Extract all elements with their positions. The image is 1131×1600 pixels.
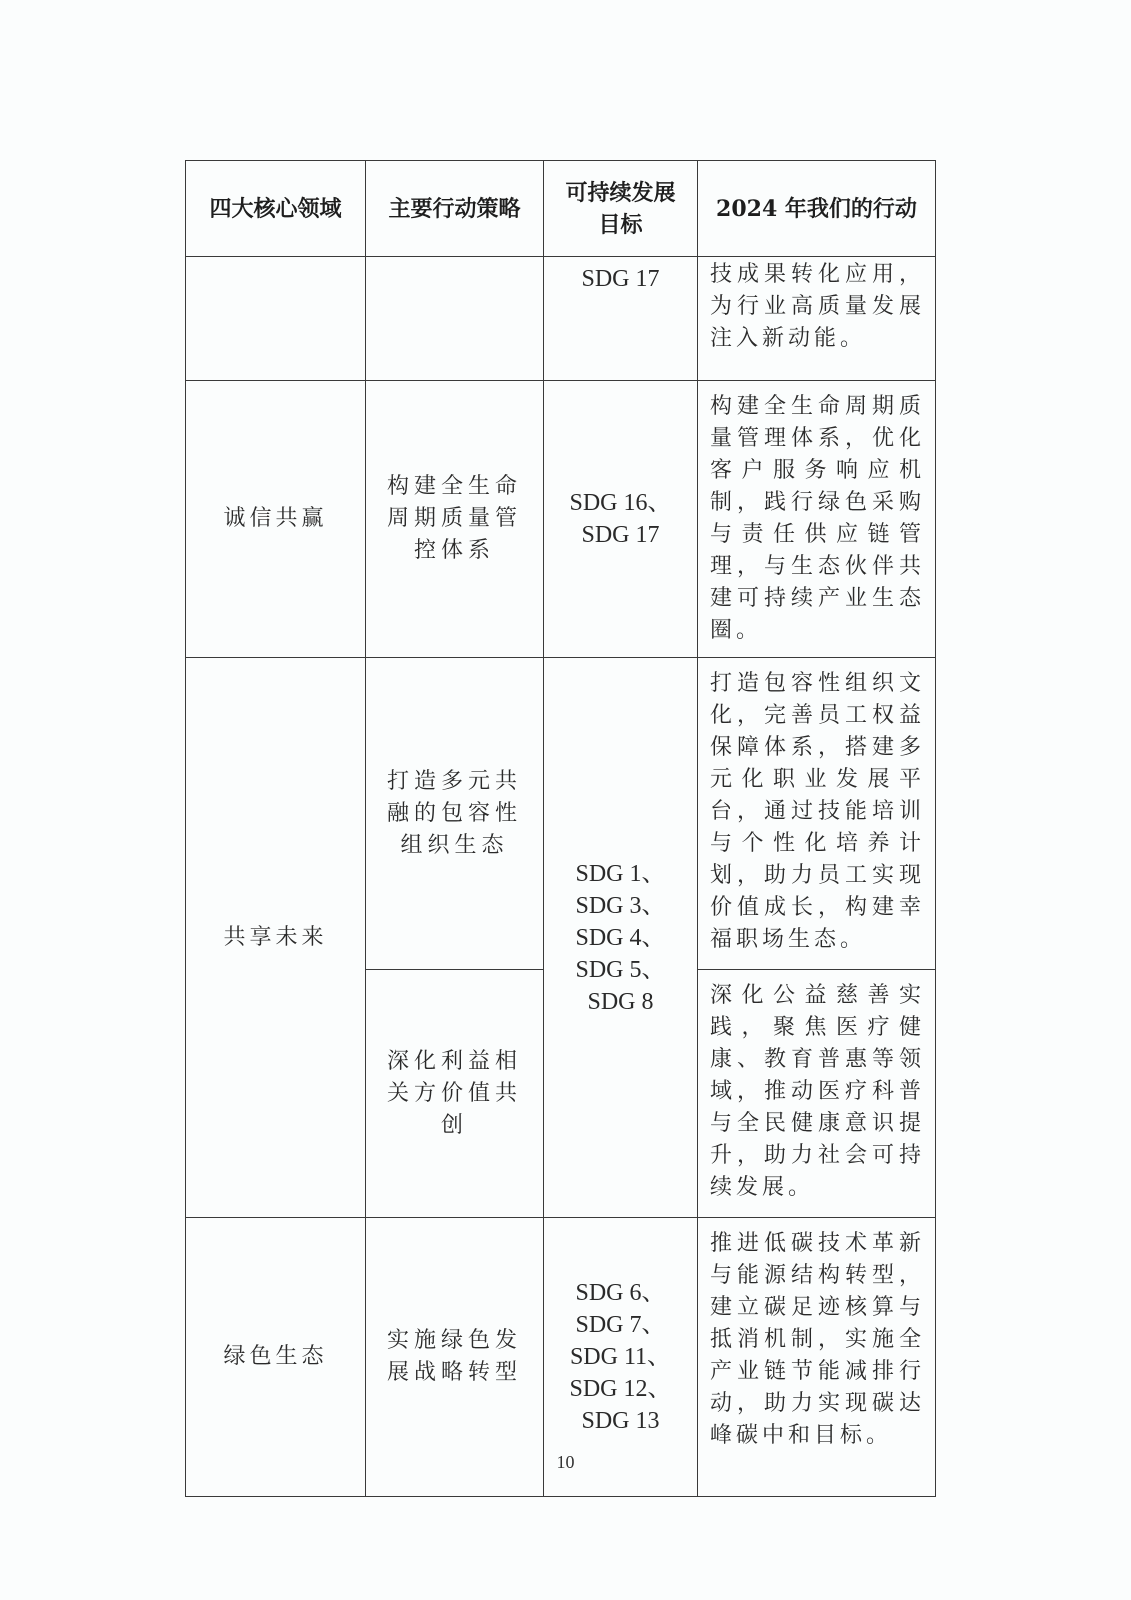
- sdg-line: SDG 13: [544, 1405, 697, 1437]
- action-cell: 深化公益慈善实践，聚焦医疗健康、教育普惠等领域，推动医疗科普与全民健康意识提升，…: [698, 970, 936, 1218]
- action-cell: 打造包容性组织文化，完善员工权益保障体系，搭建多元化职业发展平台，通过技能培训与…: [698, 658, 936, 970]
- header-2024-actions: 2024 年我们的行动: [698, 161, 936, 257]
- strategy-cell: 打造多元共融的包容性组织生态: [366, 658, 544, 970]
- strategy-cell: [366, 257, 544, 381]
- header-main-strategy: 主要行动策略: [366, 161, 544, 257]
- domain-cell: 诚信共赢: [186, 381, 366, 658]
- sdg-cell: SDG 17: [544, 257, 698, 381]
- action-cell: 构建全生命周期质量管理体系，优化客户服务响应机制，践行绿色采购与责任供应链管理，…: [698, 381, 936, 658]
- sdg-line: SDG 8: [544, 986, 697, 1018]
- table-row: 诚信共赢 构建全生命周期质量管控体系 SDG 16、 SDG 17 构建全生命周…: [186, 381, 936, 658]
- header-sdg: 可持续发展 目标: [544, 161, 698, 257]
- header-sdg-line-2: 目标: [544, 209, 697, 241]
- sdg-cell: SDG 16、 SDG 17: [544, 381, 698, 658]
- sdg-action-table: 四大核心领域 主要行动策略 可持续发展 目标 2024 年我们的行动 SDG 1…: [185, 160, 936, 1497]
- sdg-line: SDG 17: [544, 263, 697, 295]
- table-row: 共享未来 打造多元共融的包容性组织生态 SDG 1、 SDG 3、 SDG 4、…: [186, 658, 936, 970]
- sdg-line: SDG 1、: [544, 858, 697, 890]
- action-cell: 技成果转化应用，为行业高质量发展注入新动能。: [698, 257, 936, 381]
- page-number: 10: [0, 1452, 1131, 1473]
- domain-cell: [186, 257, 366, 381]
- strategy-cell: 深化利益相关方价值共创: [366, 970, 544, 1218]
- sdg-line: SDG 6、: [544, 1277, 697, 1309]
- sdg-line: SDG 7、: [544, 1309, 697, 1341]
- domain-cell: 共享未来: [186, 658, 366, 1218]
- table-row: SDG 17 技成果转化应用，为行业高质量发展注入新动能。: [186, 257, 936, 381]
- sdg-line: SDG 3、: [544, 890, 697, 922]
- sdg-cell: SDG 1、 SDG 3、 SDG 4、 SDG 5、 SDG 8: [544, 658, 698, 1218]
- sdg-line: SDG 11、: [544, 1341, 697, 1373]
- table-header-row: 四大核心领域 主要行动策略 可持续发展 目标 2024 年我们的行动: [186, 161, 936, 257]
- strategy-cell: 构建全生命周期质量管控体系: [366, 381, 544, 658]
- sdg-line: SDG 5、: [544, 954, 697, 986]
- sdg-line: SDG 12、: [544, 1373, 697, 1405]
- header-sdg-line-1: 可持续发展: [544, 177, 697, 209]
- sdg-line: SDG 16、: [544, 487, 697, 519]
- header-core-domain: 四大核心领域: [186, 161, 366, 257]
- sdg-line: SDG 4、: [544, 922, 697, 954]
- sdg-line: SDG 17: [544, 519, 697, 551]
